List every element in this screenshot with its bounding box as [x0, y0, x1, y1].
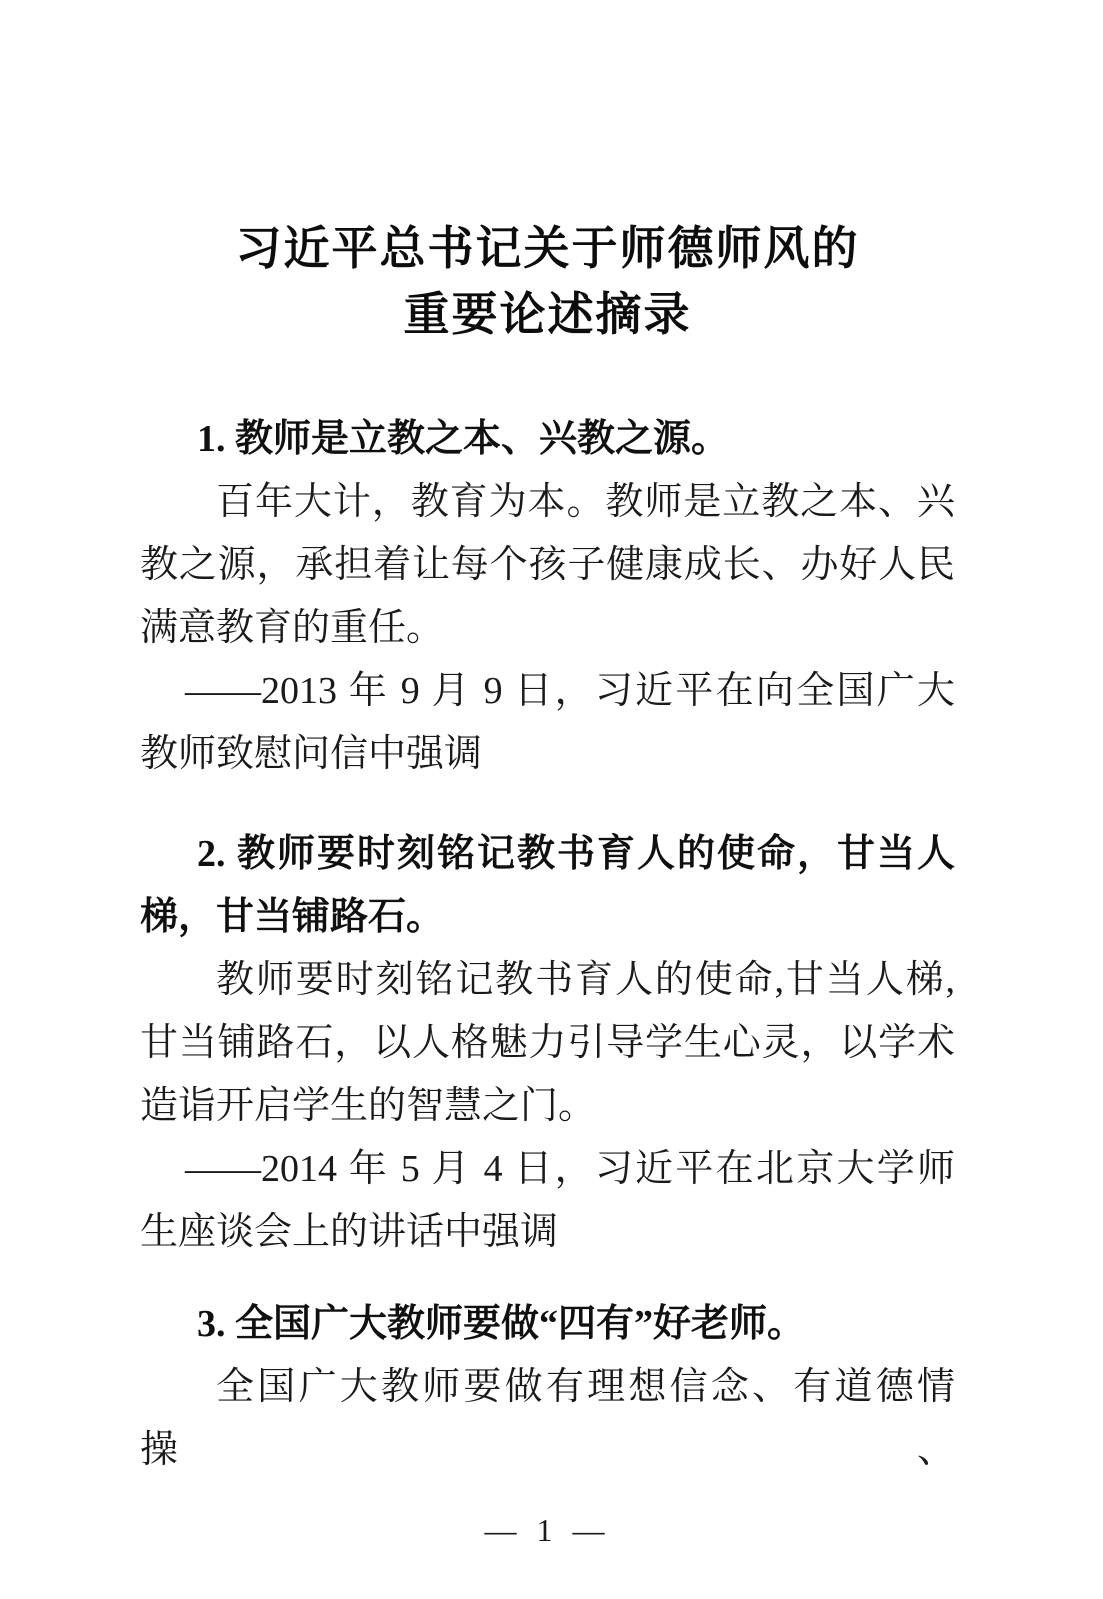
- section-2: 2. 教师要时刻铭记教书育人的使命，甘当人 梯，甘当铺路石。 教师要时刻铭记教书…: [140, 823, 955, 1264]
- section-1: 1. 教师是立教之本、兴教之源。 百年大计，教育为本。教师是立教之本、兴 教之源…: [140, 408, 955, 786]
- source-line: 生座谈会上的讲话中强调: [140, 1201, 955, 1264]
- section-heading-line: 梯，甘当铺路石。: [140, 886, 955, 949]
- source-line: 教师致慰问信中强调: [140, 723, 955, 786]
- document-page: 习近平总书记关于师德师风的 重要论述摘录 1. 教师是立教之本、兴教之源。 百年…: [0, 0, 1103, 1599]
- body-line: 甘当铺路石，以人格魅力引导学生心灵，以学术: [140, 1012, 955, 1075]
- section-2-attribution: ——2014 年 5 月 4 日，习近平在北京大学师 生座谈会上的讲话中强调: [140, 1138, 955, 1264]
- document-title-line-1: 习近平总书记关于师德师风的: [140, 216, 955, 282]
- section-3-body: 全国广大教师要做有理想信念、有道德情操、: [140, 1356, 955, 1482]
- section-heading-line: 2. 教师要时刻铭记教书育人的使命，甘当人: [140, 823, 955, 886]
- body-line: 满意教育的重任。: [140, 597, 955, 660]
- section-heading-line: 3. 全国广大教师要做“四有”好老师。: [140, 1293, 955, 1356]
- body-line: 全国广大教师要做有理想信念、有道德情操、: [140, 1356, 955, 1482]
- section-1-heading: 1. 教师是立教之本、兴教之源。: [140, 408, 955, 471]
- text-block: 习近平总书记关于师德师风的 重要论述摘录 1. 教师是立教之本、兴教之源。 百年…: [140, 0, 955, 1550]
- body-line: 百年大计，教育为本。教师是立教之本、兴: [140, 471, 955, 534]
- source-line: ——2013 年 9 月 9 日，习近平在向全国广大: [140, 660, 955, 723]
- document-title-line-2: 重要论述摘录: [140, 282, 955, 348]
- section-1-attribution: ——2013 年 9 月 9 日，习近平在向全国广大 教师致慰问信中强调: [140, 660, 955, 786]
- section-2-heading: 2. 教师要时刻铭记教书育人的使命，甘当人 梯，甘当铺路石。: [140, 823, 955, 949]
- body-line: 教师要时刻铭记教书育人的使命,甘当人梯,: [140, 949, 955, 1012]
- section-3-heading: 3. 全国广大教师要做“四有”好老师。: [140, 1293, 955, 1356]
- section-2-body: 教师要时刻铭记教书育人的使命,甘当人梯, 甘当铺路石，以人格魅力引导学生心灵，以…: [140, 949, 955, 1138]
- document-title: 习近平总书记关于师德师风的 重要论述摘录: [140, 0, 955, 348]
- body-line: 教之源，承担着让每个孩子健康成长、办好人民: [140, 534, 955, 597]
- section-heading-line: 1. 教师是立教之本、兴教之源。: [140, 408, 955, 471]
- section-1-body: 百年大计，教育为本。教师是立教之本、兴 教之源，承担着让每个孩子健康成长、办好人…: [140, 471, 955, 660]
- source-line: ——2014 年 5 月 4 日，习近平在北京大学师: [140, 1138, 955, 1201]
- section-3: 3. 全国广大教师要做“四有”好老师。 全国广大教师要做有理想信念、有道德情操、: [140, 1293, 955, 1482]
- body-line: 造诣开启学生的智慧之门。: [140, 1075, 955, 1138]
- page-number: — 1 —: [140, 1510, 955, 1550]
